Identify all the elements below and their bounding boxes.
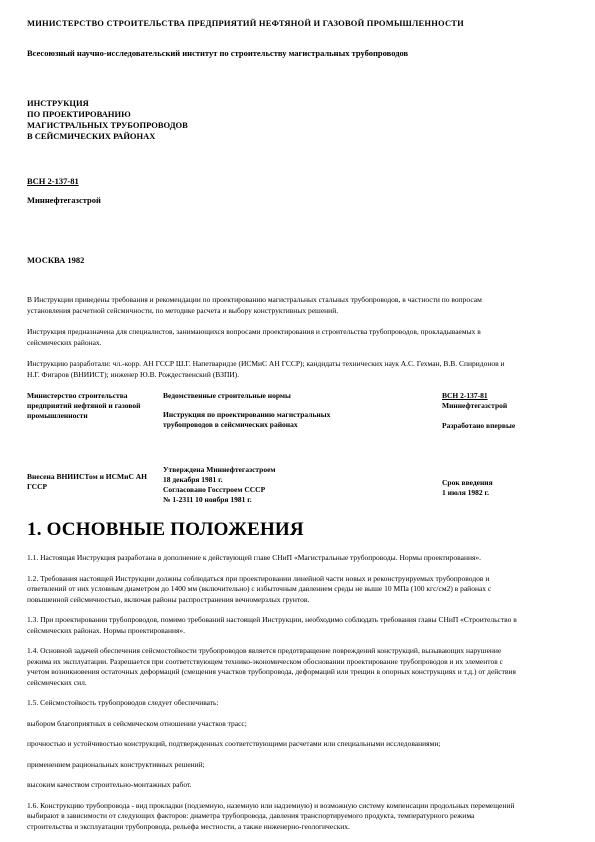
document-code: ВСН 2-137-81 — [27, 176, 79, 186]
approval-table-row: Министерство строительства предприятий н… — [27, 391, 535, 431]
submitted-by-cell: Внесена ВНИИСТом и ИСМиС АН ГССР — [27, 465, 163, 505]
title-line-3: МАГИСТРАЛЬНЫХ ТРУБОПРОВОДОВ — [27, 120, 535, 131]
list-item: высоким качеством строительно-монтажных … — [27, 780, 519, 791]
development-status: Разработано впервые — [442, 421, 535, 431]
approval-table: Министерство строительства предприятий н… — [27, 391, 535, 505]
document-code: ВСН 2-137-81 — [442, 391, 488, 401]
section-heading: 1. ОСНОВНЫЕ ПОЛОЖЕНИЯ — [27, 519, 535, 541]
approved-by-cell: Утверждена Миннефтегазстроем 18 декабря … — [163, 465, 442, 505]
list-item: прочностью и устойчивостью конструкций, … — [27, 739, 519, 750]
approval-code-cell: ВСН 2-137-81 Миннефтегазстрой Разработан… — [442, 391, 535, 431]
approval-table-row: Внесена ВНИИСТом и ИСМиС АН ГССР Утвержд… — [27, 465, 535, 505]
title-line-4: В СЕЙСМИЧЕСКИХ РАЙОНАХ — [27, 131, 535, 142]
agreed-line: Согласовано Госстроем СССР — [163, 485, 442, 495]
agreed-number: № 1-2311 10 ноября 1981 г. — [163, 495, 442, 505]
authority-name: Миннефтегазстрой — [442, 401, 535, 411]
norm-type: Ведомственные строительные нормы — [163, 391, 442, 401]
approval-norm-cell: Ведомственные строительные нормы Инструк… — [163, 391, 442, 431]
institute-name: Всесоюзный научно-исследовательский инст… — [27, 48, 535, 59]
section-paragraph-1-6: 1.6. Конструкцию трубопровода - вид прок… — [27, 801, 519, 833]
annotation-block: В Инструкции приведены требования и реко… — [27, 295, 535, 380]
effective-date: 1 июля 1982 г. — [442, 488, 535, 498]
section-paragraph-1-5: 1.5. Сейсмостойкость трубопроводов следу… — [27, 698, 519, 709]
section-paragraph-1-2: 1.2. Требования настоящей Инструкции дол… — [27, 574, 519, 606]
authority-name: Миннефтегазстрой — [27, 195, 535, 205]
annotation-paragraph: В Инструкции приведены требования и реко… — [27, 295, 519, 316]
norm-title: Инструкция по проектированию магистральн… — [163, 410, 378, 430]
list-item: применением рациональных конструктивных … — [27, 760, 519, 771]
section-paragraph-1-4: 1.4. Основной задачей обеспечения сейсмо… — [27, 646, 519, 688]
annotation-paragraph: Инструкция предназначена для специалисто… — [27, 327, 519, 348]
approved-date: 18 декабря 1981 г. — [163, 475, 442, 485]
effective-date-cell: Срок введения 1 июля 1982 г. — [442, 465, 535, 505]
list-item: выбором благоприятных в сейсмическом отн… — [27, 719, 519, 730]
approval-org-cell: Министерство строительства предприятий н… — [27, 391, 163, 431]
title-line-2: ПО ПРОЕКТИРОВАНИЮ — [27, 109, 535, 120]
section-paragraph-1-3: 1.3. При проектировании трубопроводов, п… — [27, 615, 519, 636]
effective-label: Срок введения — [442, 478, 535, 488]
document-title: ИНСТРУКЦИЯ ПО ПРОЕКТИРОВАНИЮ МАГИСТРАЛЬН… — [27, 98, 535, 142]
ministry-header: МИНИСТЕРСТВО СТРОИТЕЛЬСТВА ПРЕДПРИЯТИЙ Н… — [27, 18, 535, 29]
approved-line: Утверждена Миннефтегазстроем — [163, 465, 442, 475]
section-paragraph-1-1: 1.1. Настоящая Инструкция разработана в … — [27, 553, 519, 564]
section-1: 1. ОСНОВНЫЕ ПОЛОЖЕНИЯ 1.1. Настоящая Инс… — [27, 519, 535, 832]
title-line-1: ИНСТРУКЦИЯ — [27, 98, 535, 109]
document-page: МИНИСТЕРСТВО СТРОИТЕЛЬСТВА ПРЕДПРИЯТИЙ Н… — [0, 0, 595, 842]
city-year: МОСКВА 1982 — [27, 255, 535, 265]
annotation-paragraph: Инструкцию разработали: чл.-корр. АН ГСС… — [27, 359, 519, 380]
